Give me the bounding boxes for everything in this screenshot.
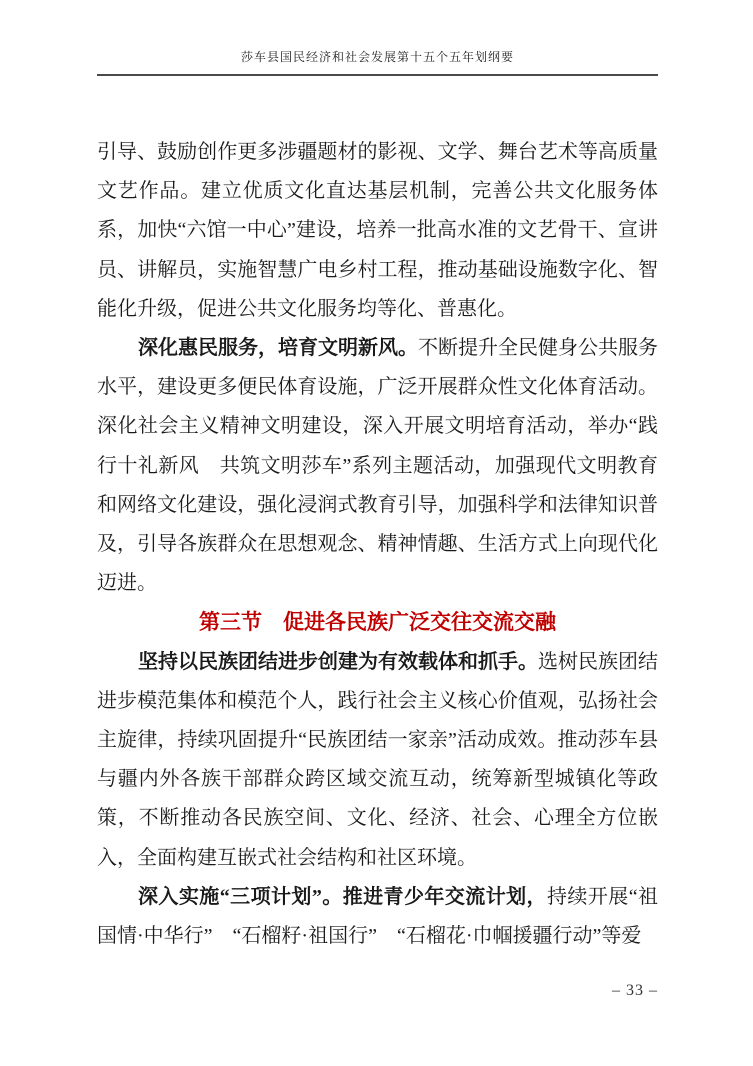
paragraph-text: 引导、鼓励创作更多涉疆题材的影视、文学、舞台艺术等高质量文艺作品。建立优质文化直…: [97, 141, 658, 320]
body-paragraph: 坚持以民族团结进步创建为有效载体和抓手。选树民族团结进步模范集体和模范个人，践行…: [97, 643, 658, 878]
section-heading: 第三节 促进各民族广泛交往交流交融: [97, 603, 658, 642]
body-paragraph: 引导、鼓励创作更多涉疆题材的影视、文学、舞台艺术等高质量文艺作品。建立优质文化直…: [97, 133, 658, 329]
body-paragraph: 深化惠民服务，培育文明新风。不断提升全民健身公共服务水平，建设更多便民体育设施，…: [97, 329, 658, 603]
paragraph-text: 不断提升全民健身公共服务水平，建设更多便民体育设施，广泛开展群众性文化体育活动。…: [97, 337, 658, 594]
paragraph-bold-lead: 深入实施“三项计划”。推进青少年交流计划，: [138, 886, 547, 908]
paragraph-text: 选树民族团结进步模范集体和模范个人，践行社会主义核心价值观，弘扬社会主旋律，持续…: [97, 651, 658, 869]
page-header: 莎车县国民经济和社会发展第十五个五年划纲要: [97, 48, 658, 76]
body-paragraph: 深入实施“三项计划”。推进青少年交流计划，持续开展“祖国情·中华行” “石榴籽·…: [97, 878, 658, 956]
running-head-title: 莎车县国民经济和社会发展第十五个五年划纲要: [97, 48, 658, 65]
page-number: – 33 –: [612, 982, 658, 999]
paragraph-bold-lead: 深化惠民服务，培育文明新风。: [138, 337, 418, 359]
document-body: 引导、鼓励创作更多涉疆题材的影视、文学、舞台艺术等高质量文艺作品。建立优质文化直…: [97, 133, 658, 956]
document-page: 莎车县国民经济和社会发展第十五个五年划纲要 引导、鼓励创作更多涉疆题材的影视、文…: [0, 0, 753, 1066]
page-footer: – 33 –: [97, 982, 658, 1000]
paragraph-bold-lead: 坚持以民族团结进步创建为有效载体和抓手。: [138, 651, 538, 673]
